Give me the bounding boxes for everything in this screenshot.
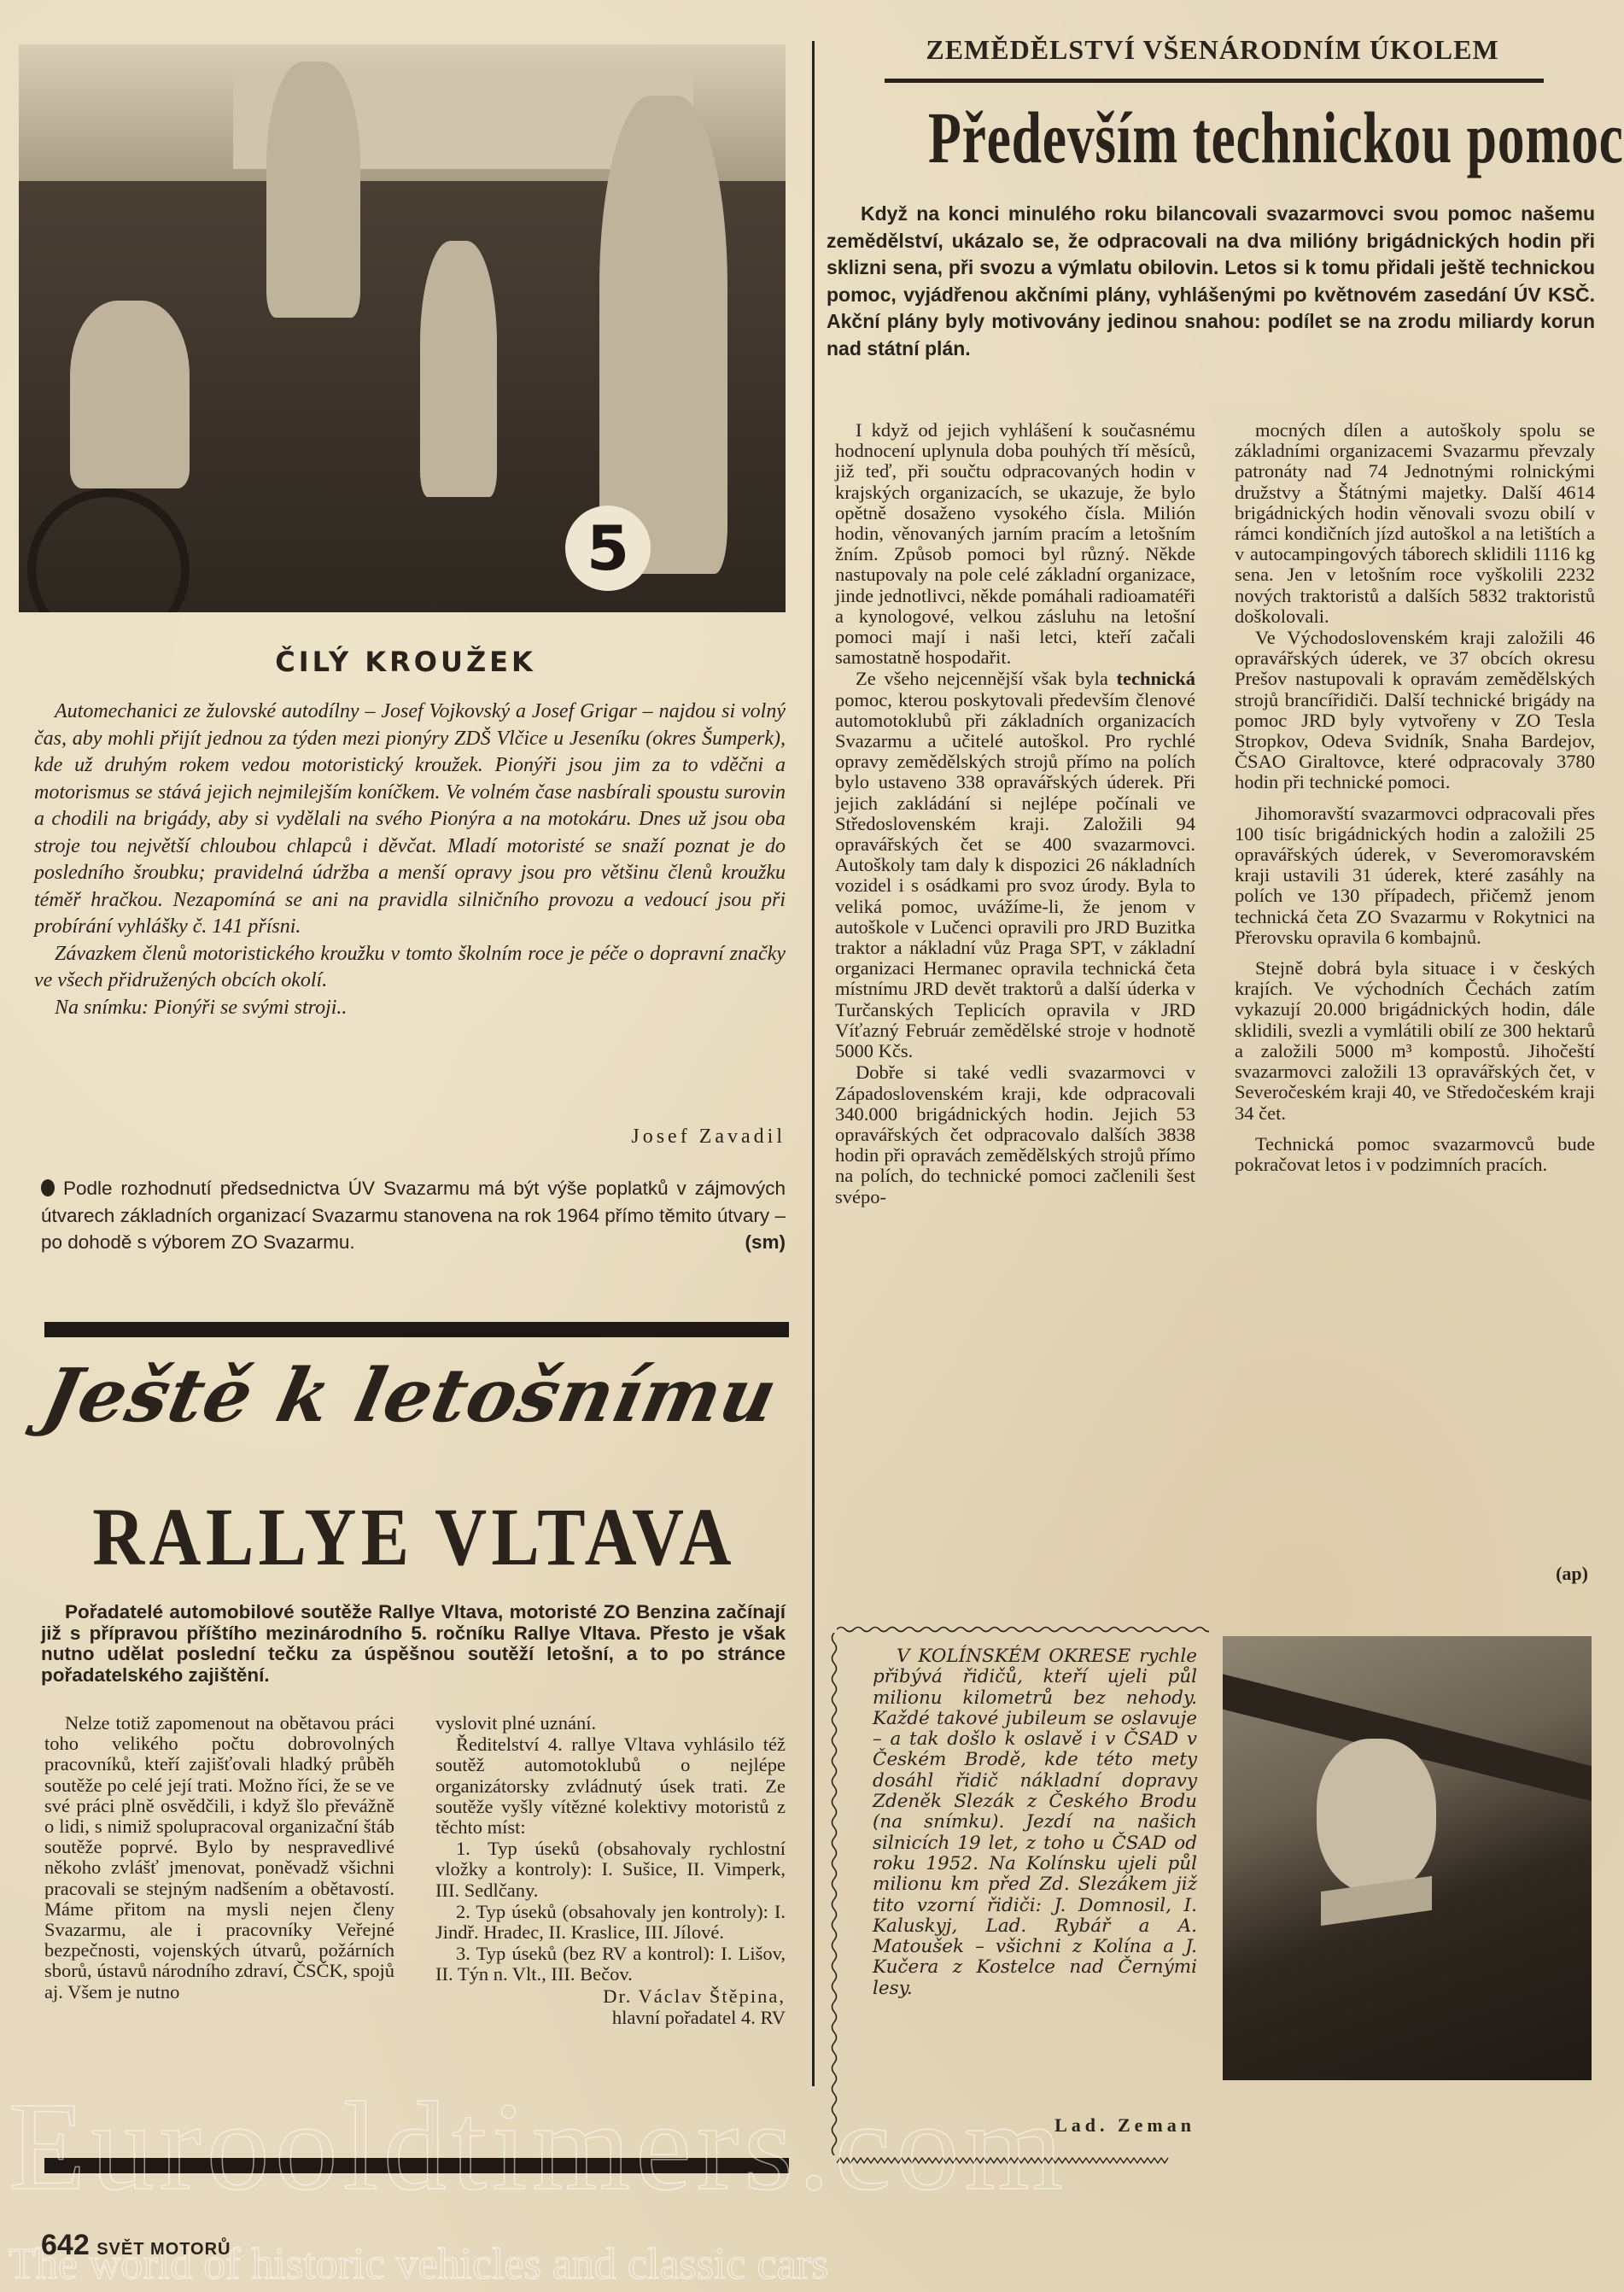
paragraph: Jihomoravští svazarmovci odpracovali pře… <box>1235 804 1595 948</box>
paragraph: I když od jejich vyhlášení k současnému … <box>835 420 1195 668</box>
paragraph: mocných dílen a autoškoly spolu se zákla… <box>1235 420 1595 627</box>
rallye-author-role: hlavní pořadatel 4. RV <box>435 2008 786 2028</box>
wavy-border-top <box>837 1625 1209 1634</box>
paragraph: Ředitelství 4. rallye Vltava vyhlásilo t… <box>435 1734 786 1838</box>
rallye-author: Dr. Václav Štěpina, <box>435 1986 786 2007</box>
article-column-2: mocných dílen a autoškoly spolu se zákla… <box>1235 420 1595 1175</box>
paragraph: Ve Východoslovenském kraji založili 46 o… <box>1235 628 1595 793</box>
column-divider-lower <box>812 1612 815 2086</box>
photo-person-standing <box>266 61 360 318</box>
paragraph: Dobře si také vedli svazarmovci v Západo… <box>835 1062 1195 1207</box>
club-article-title: ČILÝ KROUŽEK <box>26 646 786 678</box>
watermark: Eurooldtimers.com <box>9 2084 1622 2210</box>
club-article-body: Automechanici ze žulovské autodílny – Jo… <box>34 699 786 1021</box>
section-rule <box>44 1322 789 1337</box>
paragraph: Nelze totiž zapomenout na obětavou práci… <box>44 1713 394 2003</box>
photo-driver-portrait <box>1223 1636 1592 2080</box>
notice: Podle rozhodnutí předsednictva ÚV Svazar… <box>41 1175 786 1256</box>
bullet-icon <box>41 1179 55 1196</box>
race-number-disc: 5 <box>565 506 651 591</box>
article-headline: Především technickou pomoc <box>928 101 1497 174</box>
rallye-lead: Pořadatelé automobilové soutěže Rallye V… <box>41 1602 786 1686</box>
photo-pioneers-go-kart: 5 <box>19 44 786 612</box>
club-article-author: Josef Zavadil <box>478 1126 786 1149</box>
list-item: 1. Typ úseků (obsahovaly rychlostní vlož… <box>435 1839 786 1901</box>
photo-person-left <box>70 301 190 488</box>
column-divider <box>812 41 815 1626</box>
page-footer: 642 SVĚT MOTORŮ <box>41 2229 231 2262</box>
rallye-column-1: Nelze totiž zapomenout na obětavou práci… <box>44 1713 394 2003</box>
list-item: 3. Typ úseků (bez RV a kontrol): I. Lišo… <box>435 1944 786 1985</box>
photo-face <box>1317 1739 1436 1892</box>
paragraph: Technická pomoc svazarmovců bude pokračo… <box>1235 1134 1595 1175</box>
driver-box-text: V KOLÍNSKÉM OKRESE rychle přibývá řidičů… <box>873 1646 1197 1999</box>
paragraph: Závazkem členů motoristického kroužku v … <box>34 941 786 995</box>
photo-caption: Na snímku: Pionýři se svými stroji.. <box>34 995 786 1022</box>
rallye-script-title: Ještě k letošnímu <box>26 1356 794 1437</box>
rallye-column-2: vyslovit plné uznání. Ředitelství 4. ral… <box>435 1713 786 2028</box>
paragraph: Automechanici ze žulovské autodílny – Jo… <box>34 699 786 941</box>
paragraph: vyslovit plné uznání. <box>435 1713 786 1734</box>
article-column-1: I když od jejich vyhlášení k současnému … <box>835 420 1195 1207</box>
notice-tag: (sm) <box>745 1229 786 1256</box>
rallye-title: RALLYE VLTAVA <box>79 1496 748 1578</box>
article-lead: Když na konci minulého roku bilancovali … <box>827 201 1595 362</box>
magazine-name: SVĚT MOTORŮ <box>96 2240 231 2259</box>
paragraph: Stejně dobrá byla situace i v českých kr… <box>1235 958 1595 1124</box>
photo-person-right <box>599 96 727 574</box>
paragraph: V KOLÍNSKÉM OKRESE rychle přibývá řidičů… <box>873 1646 1197 1999</box>
photo-kart-driver <box>420 241 497 497</box>
article-signature: (ap) <box>1503 1563 1588 1585</box>
notice-text: Podle rozhodnutí předsednictva ÚV Svazar… <box>41 1178 786 1253</box>
list-item: 2. Typ úseků (obsahovaly jen kontroly): … <box>435 1902 786 1943</box>
page-number: 642 <box>41 2229 90 2261</box>
paragraph: Ze všeho nejcennější však byla technická… <box>835 669 1195 1061</box>
section-kicker: ZEMĚDĚLSTVÍ VŠENÁRODNÍM ÚKOLEM <box>854 34 1571 66</box>
emphasis: technická <box>1117 668 1196 689</box>
kicker-rule <box>885 79 1544 83</box>
